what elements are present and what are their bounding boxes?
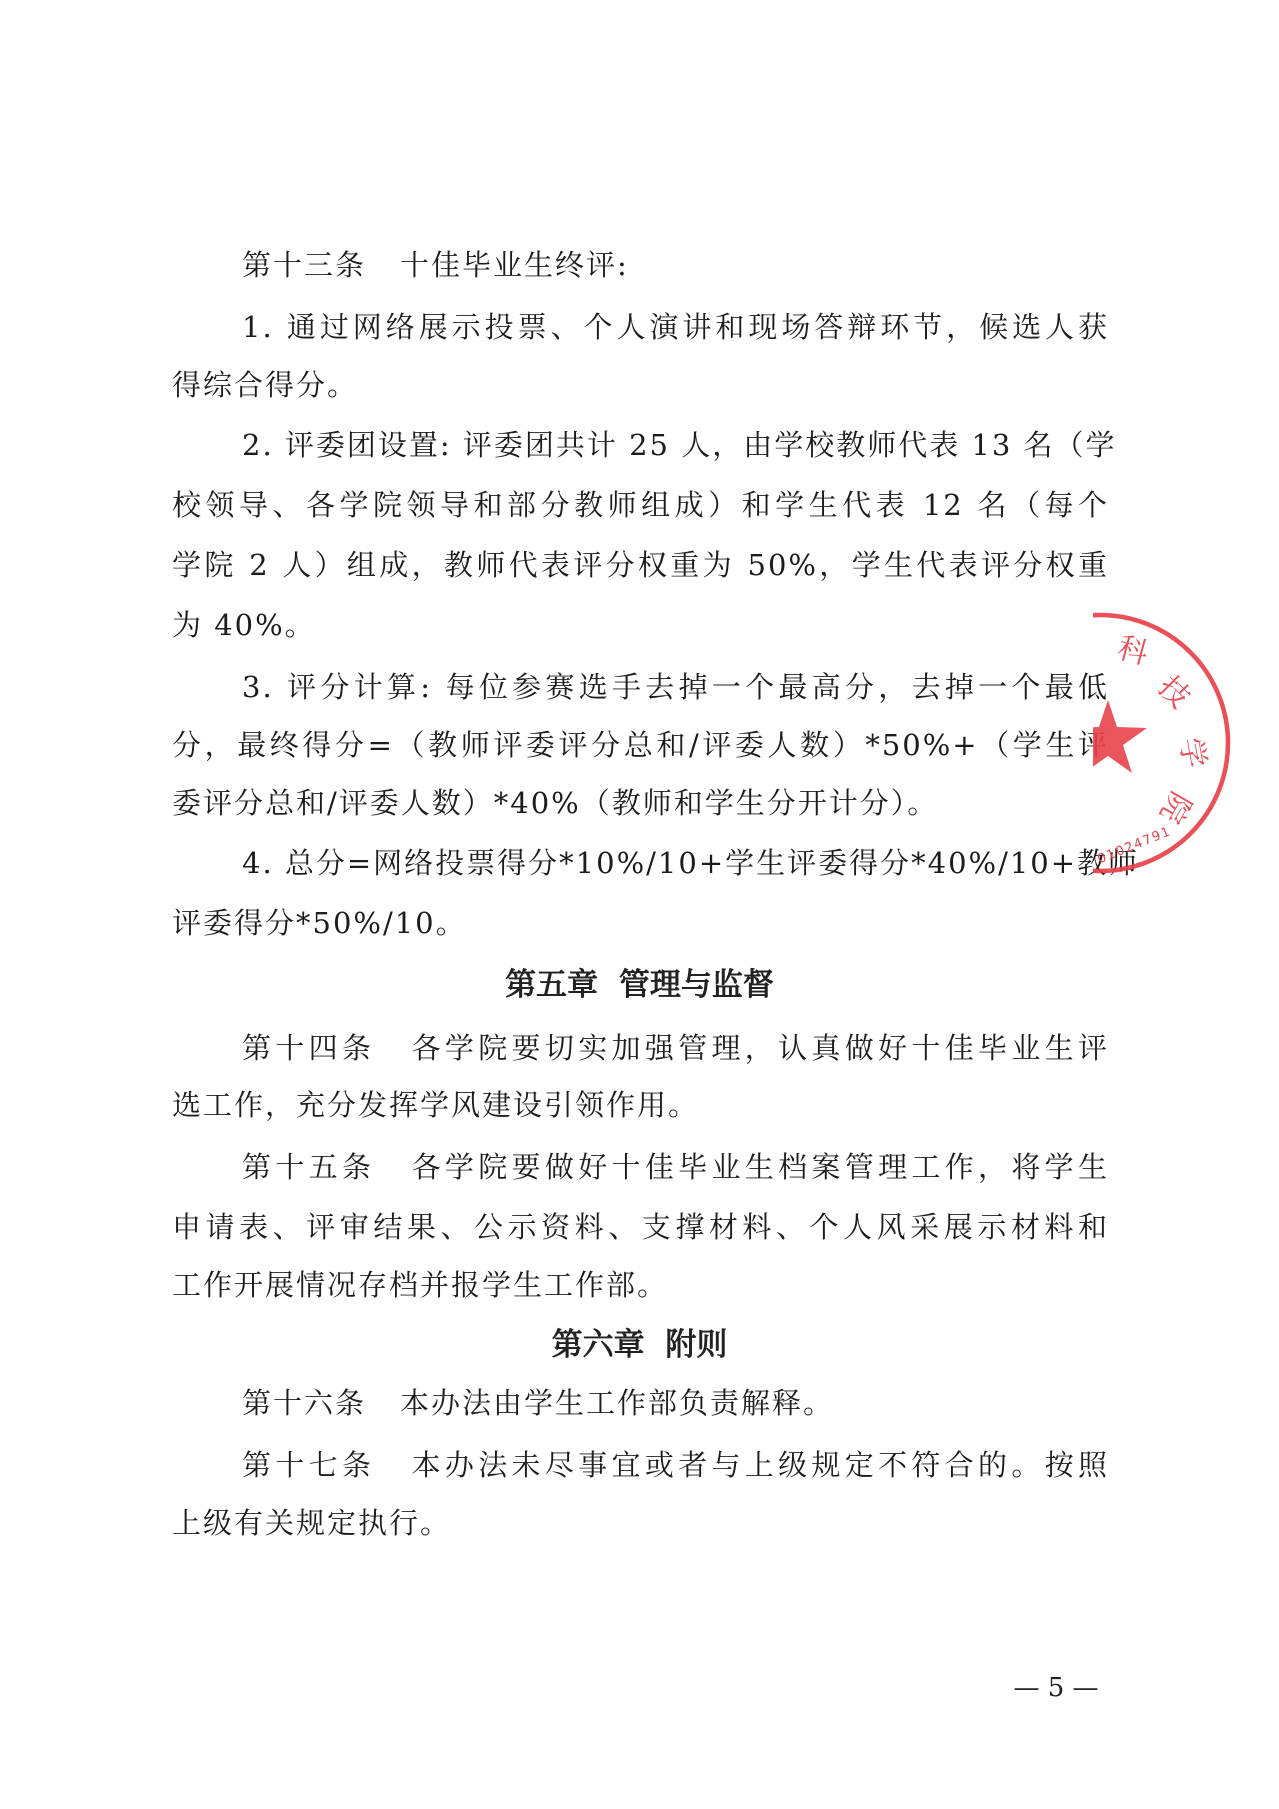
article-13-item-1-line-2: 得综合得分。 [172,365,358,405]
article-13-item-3-line-2: 分，最终得分=（教师评委评分总和/评委人数）*50%+（学生评 [172,725,1109,765]
article-14-line-1: 第十四条各学院要切实加强管理，认真做好十佳毕业生评 [242,1028,1109,1068]
article-13-item-4-line-2: 评委得分*50%/10。 [172,903,467,943]
page-number: — 5 — [1000,1670,1112,1706]
article-15-title: 第十五条 [242,1150,375,1184]
article-13-item-3-line-3: 委评分总和/评委人数）*40%（教师和学生分开计分）。 [172,783,938,823]
article-15-line-2: 申请表、评审结果、公示资料、支撑材料、个人风采展示材料和 [172,1207,1109,1247]
article-15-text: 各学院要做好十佳毕业生档案管理工作，将学生 [409,1150,1109,1184]
chapter-5-heading: 第五章 管理与监督 [0,964,1279,1006]
seal-char-4: 院 [1152,786,1197,829]
article-17-text: 本办法未尽事宜或者与上级规定不符合的。按照 [409,1448,1109,1482]
article-13-item-2-line-2: 校领导、各学院领导和部分教师组成）和学生代表 12 名（每个 [172,485,1109,525]
article-14-line-2: 选工作，充分发挥学风建设引领作用。 [172,1085,699,1125]
article-16-line-1: 第十六条本办法由学生工作部负责解释。 [242,1383,834,1423]
article-13-item-1-line-1: 1. 通过网络展示投票、个人演讲和现场答辩环节，候选人获 [242,307,1109,347]
article-17-line-1: 第十七条本办法未尽事宜或者与上级规定不符合的。按照 [242,1445,1109,1485]
article-13-item-4-line-1: 4. 总分=网络投票得分*10%/10+学生评委得分*40%/10+教师 [242,843,1109,883]
article-13-item-2-line-4: 为 40%。 [172,605,316,645]
article-13-item-3-line-1: 3. 评分计算: 每位参赛选手去掉一个最高分，去掉一个最低 [242,667,1109,707]
article-15-line-1: 第十五条各学院要做好十佳毕业生档案管理工作，将学生 [242,1147,1109,1187]
article-17-title: 第十七条 [242,1448,375,1482]
article-15-line-3: 工作开展情况存档并报学生工作部。 [172,1265,668,1305]
article-13-heading: 十佳毕业生终评: [400,248,629,282]
seal-char-3: 学 [1172,735,1212,771]
article-14-text: 各学院要切实加强管理，认真做好十佳毕业生评 [409,1031,1109,1065]
article-13-title: 第十三条 [242,248,366,282]
seal-char-1: 科 [1114,630,1152,672]
article-13-item-2-line-1: 2. 评委团设置: 评委团共计 25 人，由学校教师代表 13 名（学 [242,425,1109,465]
article-14-title: 第十四条 [242,1031,375,1065]
article-13-item-2-line-3: 学院 2 人）组成，教师代表评分权重为 50%，学生代表评分权重 [172,545,1109,585]
article-13-heading-line: 第十三条十佳毕业生终评: [242,245,629,285]
seal-char-2: 技 [1151,669,1197,715]
article-16-text: 本办法由学生工作部负责解释。 [400,1386,834,1420]
article-17-line-2: 上级有关规定执行。 [172,1503,451,1543]
chapter-6-heading: 第六章 附则 [0,1324,1279,1366]
article-16-title: 第十六条 [242,1386,366,1420]
